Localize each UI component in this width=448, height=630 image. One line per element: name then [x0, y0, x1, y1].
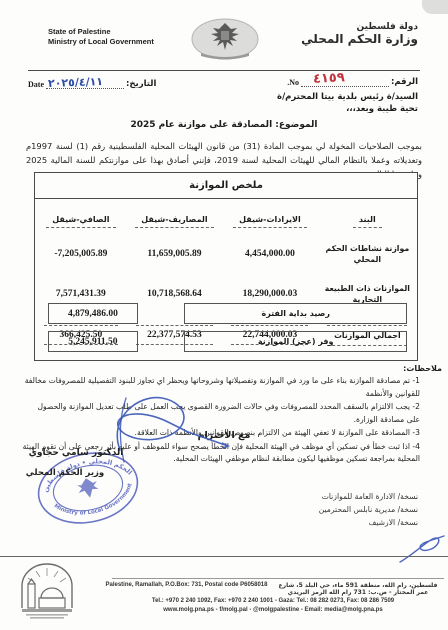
handwritten-date: ٢٠٢٥/٤/١١ — [48, 75, 103, 90]
no-label-english: No. — [287, 78, 299, 87]
table-row: موازنة نشاطات الحكم المحلي 4,454,000.00 … — [35, 236, 417, 272]
footer-web-line: www.molg.pna.ps - f/molg.pal - @molgpale… — [100, 607, 446, 614]
notes-title: ملاحظات: — [403, 364, 442, 373]
copy-3: نسخة/ الارشيف — [319, 516, 418, 529]
ministry-line-ar: وزارة الحكم المحلي — [301, 32, 418, 46]
row1-item: موازنة نشاطات الحكم المحلي — [318, 236, 417, 272]
col-header-expenses: المصاريف-شيقل — [127, 199, 223, 230]
document-page: State of Palestine Ministry of Local Gov… — [0, 0, 448, 630]
row1-expenses: 11,659,005.89 — [127, 236, 223, 272]
surplus-deficit-label: وفر (عجز) الموازنة — [184, 331, 407, 352]
budget-summary-table: ملخص الموازنة البند الايرادات-شيقل المصا… — [34, 172, 418, 361]
jerusalem-logo-icon — [14, 562, 80, 624]
no-dotted-line: ٤١٥٩ — [301, 78, 389, 87]
copy-2: نسخة/ مديرية نابلس المحترمين — [319, 503, 418, 516]
footer-phone-line: Tel.: +970 2 240 1092, Fax: +970 2 240 1… — [100, 598, 446, 605]
row1-net: 7,205,005.89- — [35, 236, 127, 272]
footer-address-english: Palestine, Ramallah, P.O.Box: 731, Posta… — [106, 582, 268, 589]
opening-balance-value: 4,879,486.00 — [48, 303, 138, 324]
col-header-revenues: الايرادات-شيقل — [222, 199, 318, 230]
surplus-deficit-value: 5,245,911.50 — [48, 331, 138, 352]
date-field: التاريخ: ٢٠٢٥/٤/١١ Date — [28, 79, 156, 89]
ministry-name-arabic: دولة فلسطين وزارة الحكم المحلي — [301, 22, 418, 46]
greeting-line: تحية طيبة وبعد،،، — [346, 104, 418, 114]
table-header-row: البند الايرادات-شيقل المصاريف-شيقل الصاف… — [35, 199, 417, 230]
handwritten-reference-number: ٤١٥٩ — [313, 70, 345, 87]
footer-divider — [0, 556, 448, 557]
state-line-en: State of Palestine — [48, 27, 154, 37]
row1-revenues: 4,454,000.00 — [222, 236, 318, 272]
table-title: ملخص الموازنة — [35, 173, 417, 199]
col-header-item: البند — [318, 199, 417, 230]
palestine-eagle-emblem-icon — [189, 17, 261, 67]
date-label-arabic: التاريخ: — [126, 79, 156, 89]
ministry-round-stamp: وزارة الحكم المحلي • دولة فلسطين Ministr… — [32, 446, 144, 534]
date-dotted-line: ٢٠٢٥/٤/١١ — [46, 80, 124, 89]
footer-contact-block: Palestine, Ramallah, P.O.Box: 731, Posta… — [100, 582, 446, 614]
ministry-line-en: Ministry of Local Government — [48, 37, 154, 47]
footer-pen-mark — [396, 532, 446, 572]
opening-balance-label: رصيد بداية الفترة — [184, 303, 407, 324]
reference-number-field: الرقم: ٤١٥٩ No. — [287, 77, 418, 87]
minister-name: الدكتور سامي حجاوي — [16, 448, 136, 458]
header-divider — [28, 70, 420, 71]
copies-list: نسخة/ الادارة العامة للموازنات نسخة/ مدي… — [319, 490, 418, 529]
scan-artifact — [422, 0, 448, 14]
copy-1: نسخة/ الادارة العامة للموازنات — [319, 490, 418, 503]
no-label-arabic: الرقم: — [391, 77, 418, 87]
subject-line: الموضوع: المصادقة على موازنة عام 2025 — [0, 120, 448, 130]
addressee-line: السيد/ة رئيس بلدية بيتا المحترم/ة — [277, 92, 418, 102]
ministry-name-english: State of Palestine Ministry of Local Gov… — [48, 27, 154, 47]
minister-title: وزير الحكم المحلي — [10, 468, 120, 478]
opening-balance-row: رصيد بداية الفترة 4,879,486.00 — [48, 303, 407, 324]
col-header-net: الصافي-شيقل — [35, 199, 127, 230]
footer-address-arabic: فلسطين، رام الله، منطقة 591 ماء، حي البل… — [275, 582, 440, 596]
footer-text-divider — [112, 578, 444, 579]
surplus-deficit-row: وفر (عجز) الموازنة 5,245,911.50 — [48, 331, 407, 352]
date-label-english: Date — [28, 80, 44, 89]
state-line-ar: دولة فلسطين — [301, 22, 418, 32]
